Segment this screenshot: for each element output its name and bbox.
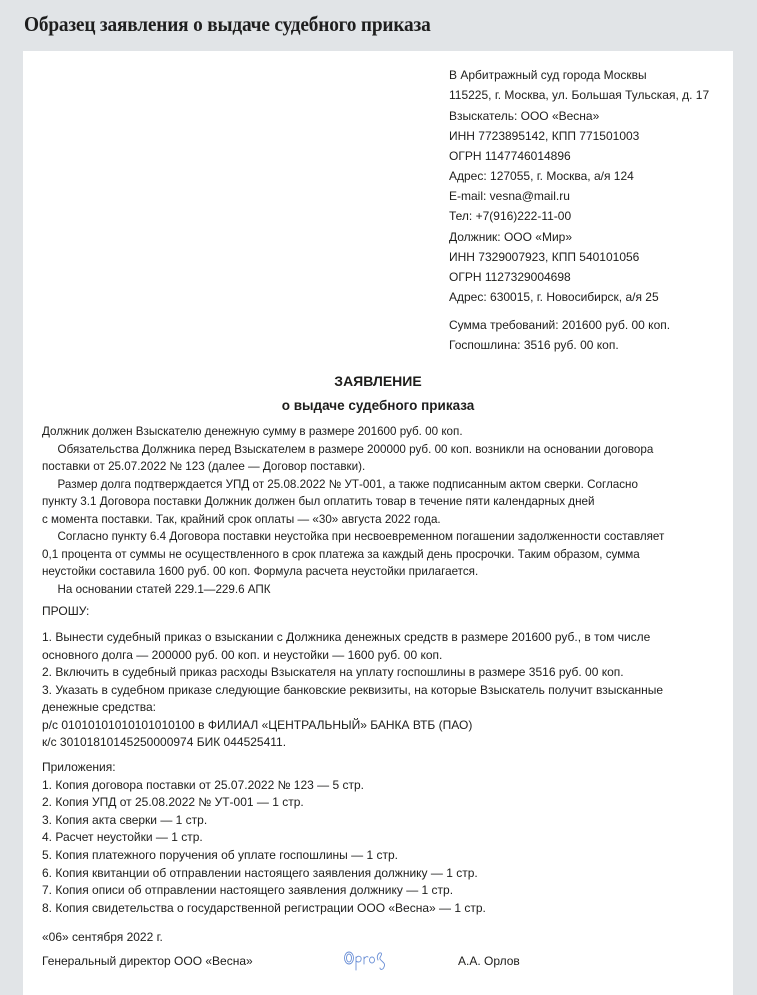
attachment-item: 5. Копия платежного поручения об уплате … — [42, 847, 732, 865]
debtor-ogrn: ОГРН 1127329004698 — [449, 267, 729, 287]
claim-block: Сумма требований: 201600 руб. 00 коп. Го… — [449, 315, 729, 355]
request-label: ПРОШУ: — [42, 603, 732, 621]
claim-amount: Сумма требований: 201600 руб. 00 коп. — [449, 315, 729, 335]
document-sheet: В Арбитражный суд города Москвы 115225, … — [23, 51, 733, 995]
claimant-inn-kpp: ИНН 7723895142, КПП 771501003 — [449, 126, 729, 146]
request-item: денежные средства: — [42, 699, 732, 717]
request-item: основного долга — 200000 руб. 00 коп. и … — [42, 647, 732, 665]
document-heading: ЗАЯВЛЕНИЕ — [23, 373, 733, 389]
request-item: 1. Вынести судебный приказ о взыскании с… — [42, 629, 732, 647]
attachments-label: Приложения: — [42, 759, 732, 777]
body-line: неустойки составила 1600 руб. 00 коп. Фо… — [42, 563, 702, 581]
body-line: Размер долга подтверждается УПД от 25.08… — [42, 476, 702, 494]
document-body: Должник должен Взыскателю денежную сумму… — [42, 423, 702, 598]
attachment-item: 4. Расчет неустойки — 1 стр. — [42, 829, 732, 847]
claimant-block: Взыскатель: ООО «Весна» ИНН 7723895142, … — [449, 106, 729, 226]
attachments-list: Приложения: 1. Копия договора поставки о… — [42, 759, 732, 917]
court-address: 115225, г. Москва, ул. Большая Тульская,… — [449, 85, 729, 105]
recipient-block: В Арбитражный суд города Москвы 115225, … — [449, 65, 729, 105]
claimant-address: Адрес: 127055, г. Москва, а/я 124 — [449, 166, 729, 186]
handwritten-signature-icon — [342, 948, 402, 974]
signer-name: А.А. Орлов — [458, 953, 520, 970]
body-line: с момента поставки. Так, крайний срок оп… — [42, 511, 702, 529]
request-item: к/с 30101810145250000974 БИК 044525411. — [42, 734, 732, 752]
debtor-block: Должник: ООО «Мир» ИНН 7329007923, КПП 5… — [449, 227, 729, 307]
request-list: 1. Вынести судебный приказ о взыскании с… — [42, 629, 732, 752]
claimant-email: E-mail: vesna@mail.ru — [449, 186, 729, 206]
debtor-inn-kpp: ИНН 7329007923, КПП 540101056 — [449, 247, 729, 267]
body-line: пункту 3.1 Договора поставки Должник дол… — [42, 493, 702, 511]
signer-title: Генеральный директор ООО «Весна» — [42, 953, 253, 970]
court-name: В Арбитражный суд города Москвы — [449, 65, 729, 85]
document-subheading: о выдаче судебного приказа — [23, 398, 733, 413]
body-line: Обязательства Должника перед Взыскателем… — [42, 441, 702, 459]
document-date: «06» сентября 2022 г. — [42, 929, 732, 947]
body-line: На основании статей 229.1—229.6 АПК — [42, 581, 702, 599]
request-item: 2. Включить в судебный приказ расходы Вз… — [42, 664, 732, 682]
state-fee: Госпошлина: 3516 руб. 00 коп. — [449, 335, 729, 355]
body-line: Согласно пункту 6.4 Договора поставки не… — [42, 528, 702, 546]
claimant-phone: Тел: +7(916)222-11-00 — [449, 206, 729, 226]
page-title: Образец заявления о выдаче судебного при… — [24, 8, 431, 40]
attachment-item: 8. Копия свидетельства о государственной… — [42, 900, 732, 918]
request-item: 3. Указать в судебном приказе следующие … — [42, 682, 732, 700]
attachment-item: 1. Копия договора поставки от 25.07.2022… — [42, 777, 732, 795]
debtor-name: Должник: ООО «Мир» — [449, 227, 729, 247]
body-line: Должник должен Взыскателю денежную сумму… — [42, 423, 702, 441]
address-block: В Арбитражный суд города Москвы 115225, … — [449, 65, 729, 356]
body-line: поставки от 25.07.2022 № 123 (далее — До… — [42, 458, 702, 476]
claimant-ogrn: ОГРН 1147746014896 — [449, 146, 729, 166]
attachment-item: 3. Копия акта сверки — 1 стр. — [42, 812, 732, 830]
attachment-item: 7. Копия описи об отправлении настоящего… — [42, 882, 732, 900]
body-line: 0,1 процента от суммы не осуществленного… — [42, 546, 702, 564]
claimant-name: Взыскатель: ООО «Весна» — [449, 106, 729, 126]
debtor-address: Адрес: 630015, г. Новосибирск, а/я 25 — [449, 287, 729, 307]
attachment-item: 6. Копия квитанции об отправлении настоя… — [42, 865, 732, 883]
attachment-item: 2. Копия УПД от 25.08.2022 № УТ-001 — 1 … — [42, 794, 732, 812]
signature-row: Генеральный директор ООО «Весна» А.А. Ор… — [42, 953, 732, 977]
request-item: р/с 01010101010101010100 в ФИЛИАЛ «ЦЕНТР… — [42, 717, 732, 735]
